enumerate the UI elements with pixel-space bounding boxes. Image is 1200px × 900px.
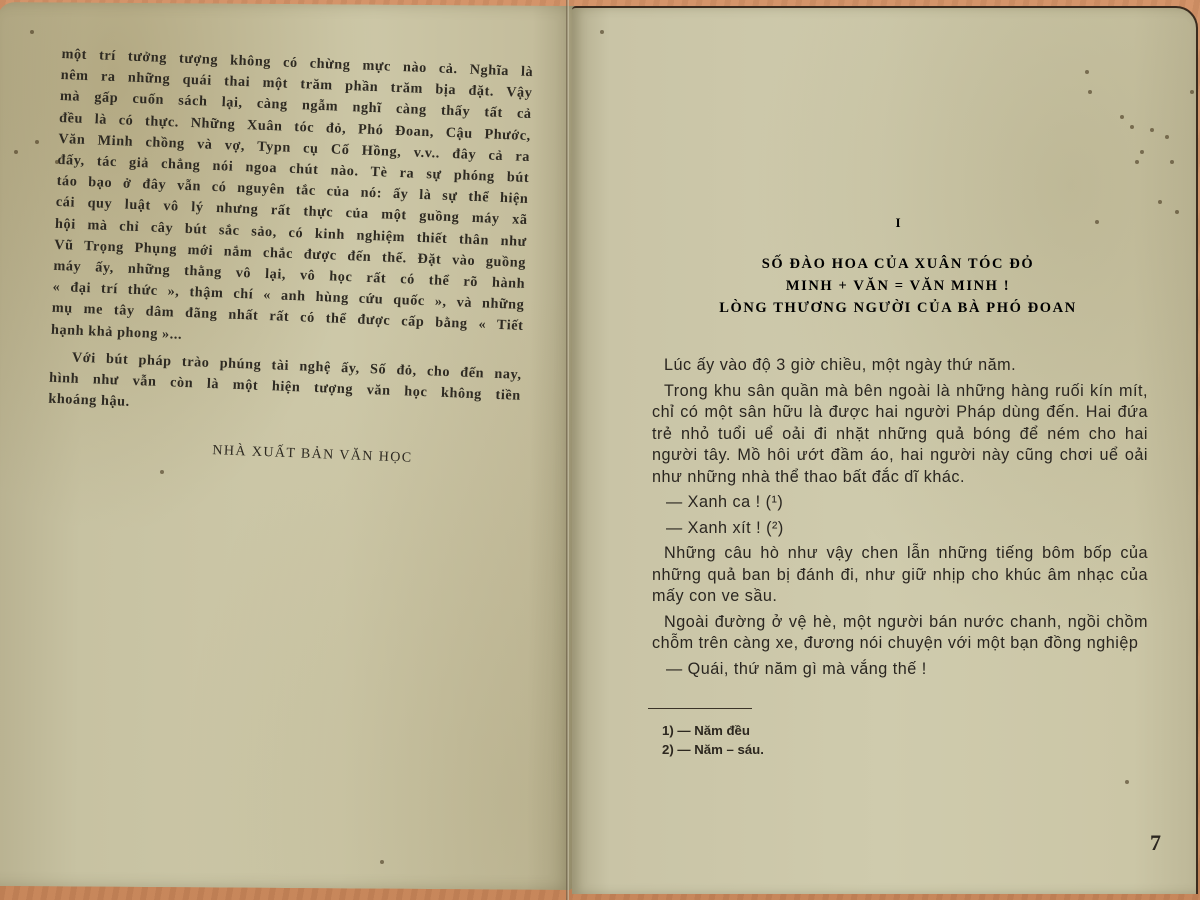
book-gutter — [566, 0, 569, 900]
footnotes: 1) — Năm đều2) — Năm – sáu. — [648, 721, 1148, 759]
chapter-paragraph: Những câu hò như vậy chen lẫn những tiến… — [652, 543, 1148, 608]
chapter-paragraph: Trong khu sân quần mà bên ngoài là những… — [652, 381, 1148, 489]
chapter-title-line: SỐ ĐÀO HOA CỦA XUÂN TÓC ĐỎ — [648, 253, 1148, 275]
stain-speck — [1130, 125, 1134, 129]
chapter-paragraph: — Xanh xít ! (²) — [652, 518, 1148, 540]
page-number: 7 — [1150, 830, 1161, 856]
footnote: 1) — Năm đều — [662, 721, 1148, 740]
preface-text: một trí tưởng tượng không có chừng mực n… — [46, 44, 533, 473]
stain-speck — [1135, 160, 1139, 164]
chapter-title: SỐ ĐÀO HOA CỦA XUÂN TÓC ĐỎMINH + VĂN = V… — [648, 253, 1148, 319]
chapter-paragraph: Ngoài đường ở vệ hè, một người bán nước … — [652, 612, 1148, 655]
stain-speck — [380, 860, 384, 864]
stain-speck — [600, 30, 604, 34]
preface-lines: một trí tưởng tượng không có chừng mực n… — [51, 44, 534, 359]
chapter-content: I SỐ ĐÀO HOA CỦA XUÂN TÓC ĐỎMINH + VĂN =… — [648, 215, 1148, 759]
stain-speck — [1095, 220, 1099, 224]
chapter-title-line: MINH + VĂN = VĂN MINH ! — [648, 275, 1148, 297]
stain-speck — [1088, 90, 1092, 94]
stain-speck — [1165, 135, 1169, 139]
stain-speck — [160, 470, 164, 474]
chapter-title-line: LÒNG THƯƠNG NGƯỜI CỦA BÀ PHÓ ĐOAN — [648, 297, 1148, 319]
stain-speck — [1140, 150, 1144, 154]
stain-speck — [1158, 200, 1162, 204]
stain-speck — [1120, 115, 1124, 119]
preface-closing-paragraph: Với bút pháp trào phúng tài nghệ ấy, Số … — [48, 347, 522, 429]
chapter-paragraph: — Xanh ca ! (¹) — [652, 492, 1148, 514]
footnote-divider — [648, 708, 752, 709]
stain-speck — [1170, 160, 1174, 164]
stain-speck — [1150, 128, 1154, 132]
footnote: 2) — Năm – sáu. — [662, 740, 1148, 759]
stain-speck — [1175, 210, 1179, 214]
book-photo: một trí tưởng tượng không có chừng mực n… — [0, 0, 1200, 900]
stain-speck — [35, 140, 39, 144]
chapter-body: Lúc ấy vào độ 3 giờ chiều, một ngày thứ … — [648, 355, 1148, 680]
stain-speck — [55, 160, 59, 164]
chapter-paragraph: Lúc ấy vào độ 3 giờ chiều, một ngày thứ … — [652, 355, 1148, 377]
stain-speck — [14, 150, 18, 154]
stain-speck — [1190, 90, 1194, 94]
chapter-number: I — [648, 215, 1148, 231]
chapter-paragraph: — Quái, thứ năm gì mà vắng thế ! — [652, 659, 1148, 681]
stain-speck — [1125, 780, 1129, 784]
stain-speck — [30, 30, 34, 34]
stain-speck — [1085, 70, 1089, 74]
